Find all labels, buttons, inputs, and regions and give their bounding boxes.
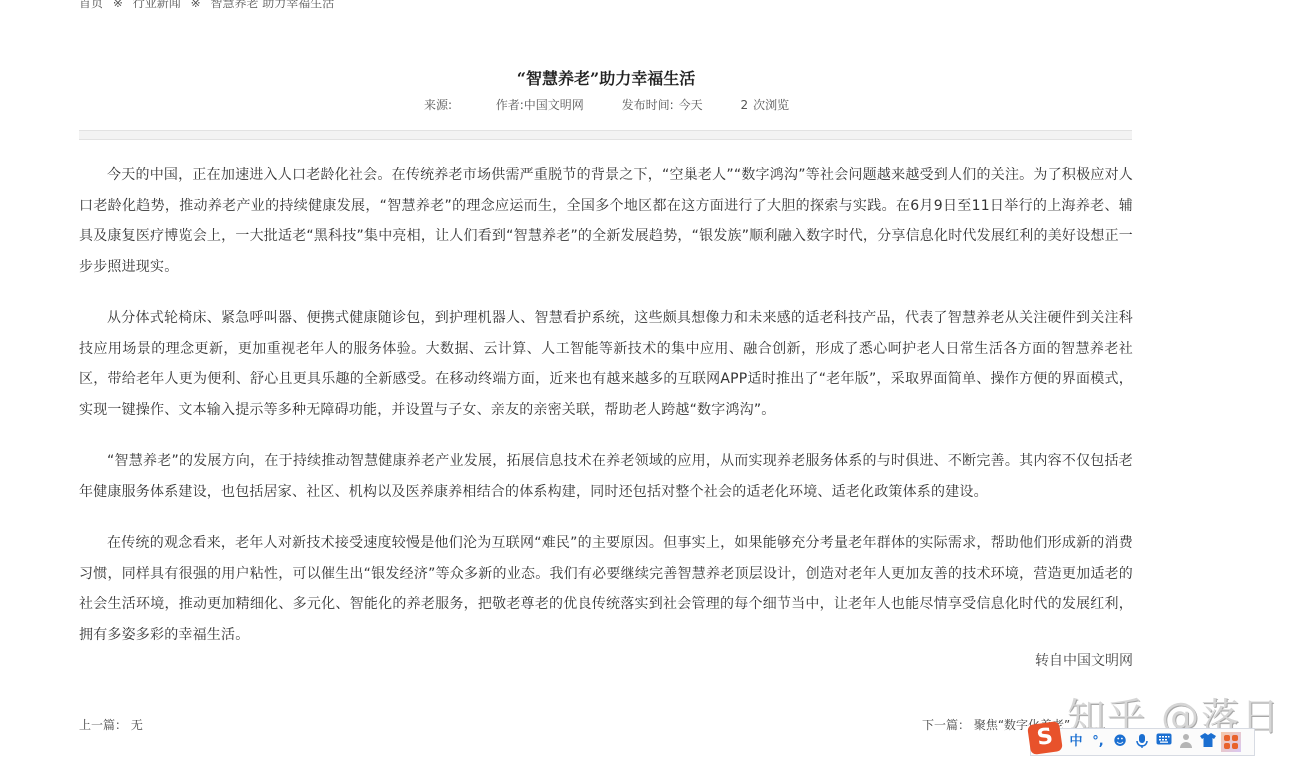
source-label: 来源: xyxy=(424,96,452,113)
sogou-logo-icon[interactable]: S xyxy=(1027,721,1063,755)
article-paragraph: 今天的中国，正在加速进入人口老龄化社会。在传统养老市场供需严重脱节的背景之下，“… xyxy=(79,160,1133,282)
breadcrumb-industry-news[interactable]: 行业新闻 xyxy=(133,0,181,10)
article-paragraph: “智慧养老”的发展方向，在于持续推动智慧健康养老产业发展，拓展信息技术在养老领域… xyxy=(79,446,1133,507)
article-meta: 来源: 作者:中国文明网 发布时间:今天 2次浏览 xyxy=(424,96,789,113)
publish-time-value: 今天 xyxy=(679,96,703,113)
breadcrumb-separator: ※ xyxy=(113,0,123,10)
prev-article[interactable]: 上一篇： 无 xyxy=(79,716,143,733)
author-label: 作者: xyxy=(496,96,524,113)
page-title: “智慧养老”助力幸福生活 xyxy=(0,66,1212,89)
article-paragraph: 从分体式轮椅床、紧急呼叫器、便携式健康随诊包，到护理机器人、智慧看护系统，这些颇… xyxy=(79,303,1133,425)
skin-shirt-icon[interactable] xyxy=(1199,733,1217,751)
chinese-mode-icon[interactable]: 中 xyxy=(1067,733,1085,751)
punctuation-icon[interactable]: °, xyxy=(1089,733,1107,751)
publish-time-label: 发布时间: xyxy=(622,96,674,113)
breadcrumb-current: 智慧养老 助力幸福生活 xyxy=(210,0,334,10)
toolbox-grid-icon[interactable] xyxy=(1221,732,1241,752)
source-credit: 转自中国文明网 xyxy=(1035,650,1133,670)
breadcrumb: 首页 ※ 行业新闻 ※ 智慧养老 助力幸福生活 xyxy=(79,0,340,11)
breadcrumb-home[interactable]: 首页 xyxy=(79,0,103,10)
user-account-icon[interactable] xyxy=(1177,733,1195,751)
keyboard-icon[interactable] xyxy=(1155,733,1173,751)
article-paragraph: 在传统的观念看来，老年人对新技术接受速度较慢是他们沦为互联网“难民”的主要原因。… xyxy=(79,528,1133,650)
next-article-label: 下一篇： xyxy=(922,718,970,732)
author-value: 中国文明网 xyxy=(524,96,584,113)
prev-article-label: 上一篇： xyxy=(79,718,127,732)
prev-article-value: 无 xyxy=(131,718,143,732)
microphone-icon[interactable] xyxy=(1133,733,1151,751)
views-label: 次浏览 xyxy=(753,96,789,113)
emoji-icon[interactable]: ☻ xyxy=(1111,733,1129,751)
ime-toolbar[interactable]: S 中 °, ☻ xyxy=(1030,728,1255,756)
views-count: 2 xyxy=(740,98,748,112)
header-divider xyxy=(79,130,1132,140)
breadcrumb-separator: ※ xyxy=(191,0,201,10)
article-body: 今天的中国，正在加速进入人口老龄化社会。在传统养老市场供需严重脱节的背景之下，“… xyxy=(79,160,1133,671)
